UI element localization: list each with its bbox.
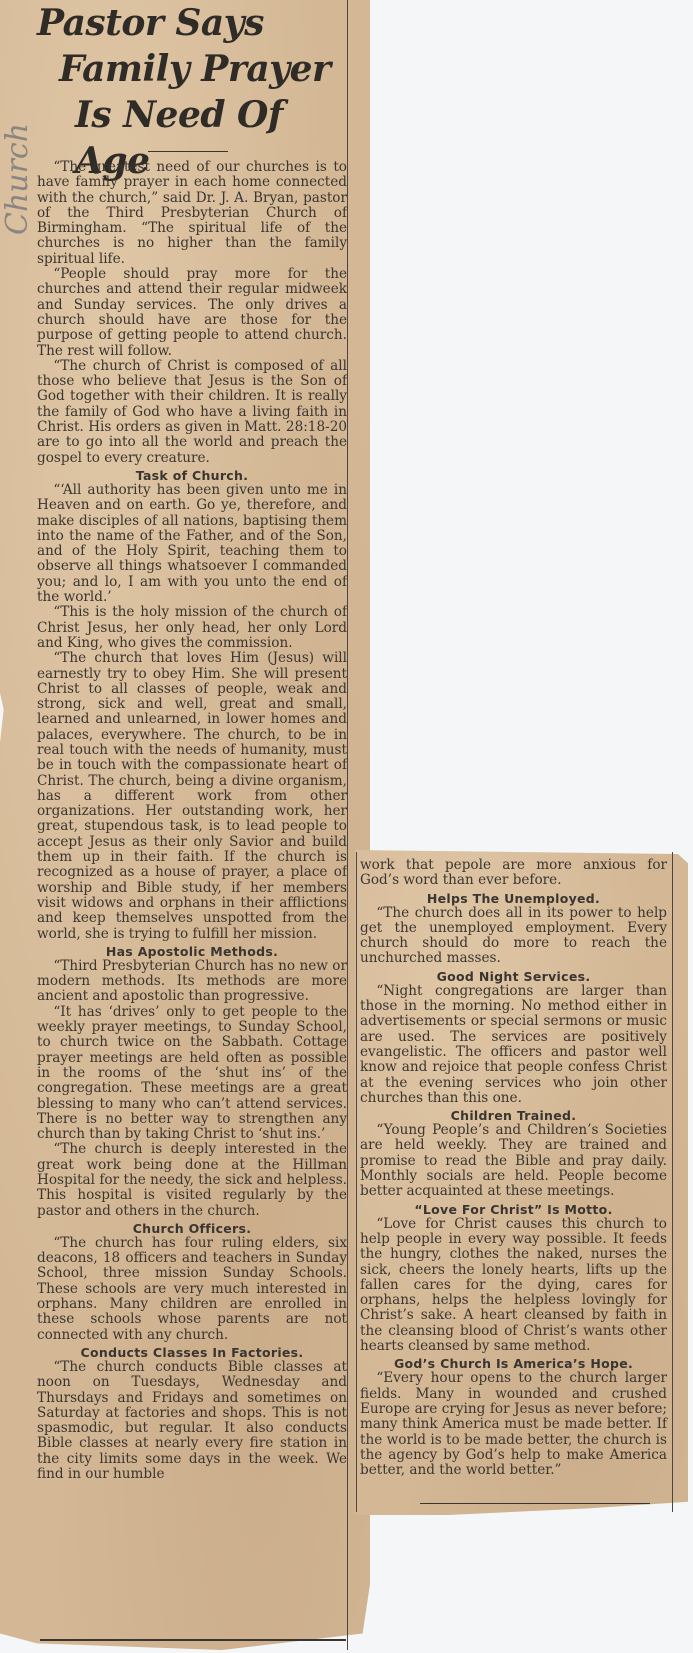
subheading: “Love For Christ” Is Motto. [360,1202,667,1217]
paragraph: “Night congregations are larger than tho… [360,984,667,1106]
subheading: Task of Church. [37,468,347,483]
subheading: God’s Church Is America’s Hope. [360,1356,667,1371]
paragraph: “The church of Christ is composed of all… [37,359,347,466]
paragraph: “The church has four ruling elders, six … [37,1236,347,1343]
column-rule [347,0,348,1650]
column-rule [672,852,673,1512]
headline: Pastor Says Family Prayer Is Need Of Age [35,0,350,184]
paragraph: “Young People’s and Children’s Societies… [360,1123,667,1199]
article-column-left: “The greatest need of our churches is to… [37,160,347,1482]
handwritten-note-text: Church [0,123,35,235]
headline-line-1: Pastor Says [35,0,350,46]
paragraph: “Every hour opens to the church larger f… [360,1371,667,1478]
paragraph: “The greatest need of our churches is to… [37,160,347,267]
paragraph: “The church does all in its power to hel… [360,906,667,967]
subheading: Good Night Services. [360,969,667,984]
article-column-right: work that pepole are more anxious for Go… [360,858,667,1478]
paragraph: “The church conducts Bible classes at no… [37,1360,347,1482]
column-rule [356,852,357,1512]
subheading: Helps The Unemployed. [360,891,667,906]
paragraph: “Love for Christ causes this church to h… [360,1217,667,1355]
paragraph: work that pepole are more anxious for Go… [360,858,667,889]
paragraph: “Third Presbyterian Church has no new or… [37,959,347,1005]
subheading: Has Apostolic Methods. [37,944,347,959]
subheading: Children Trained. [360,1108,667,1123]
headline-line-2: Family Prayer [35,46,350,92]
paragraph: “People should pray more for the churche… [37,267,347,359]
paragraph: “The church is deeply interested in the … [37,1142,347,1218]
bottom-rule [40,1639,346,1641]
paragraph: “The church that loves Him (Jesus) will … [37,651,347,942]
paragraph: “It has ‘drives’ only to get people to t… [37,1005,347,1143]
bottom-rule [420,1503,650,1504]
subheading: Church Officers. [37,1221,347,1236]
subheading: Conducts Classes In Factories. [37,1345,347,1360]
paragraph: “‘All authority has been given unto me i… [37,483,347,605]
paragraph: “This is the holy mission of the church … [37,605,347,651]
headline-rule [148,151,228,152]
